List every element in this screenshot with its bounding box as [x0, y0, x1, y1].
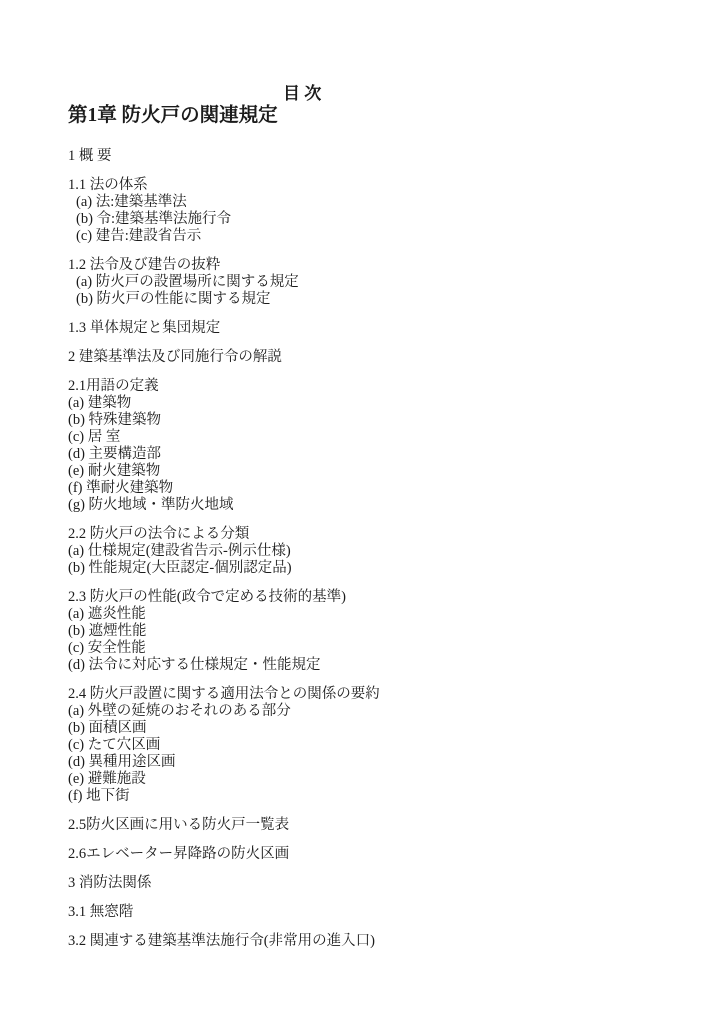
chapter-heading: 第1章 防火戸の関連規定 [68, 104, 670, 127]
toc-section-2-5: 2.5防火区画に用いる防火戸一覧表 [68, 817, 670, 834]
toc-section-heading: 1 概 要 [68, 148, 670, 165]
toc-item: (a) 法:建築基準法 [68, 194, 670, 211]
toc-item: (d) 異種用途区画 [68, 754, 670, 771]
toc-item: (a) 建築物 [68, 395, 670, 412]
toc-item: (b) 遮煙性能 [68, 623, 670, 640]
toc-section-heading: 1.2 法令及び建告の抜粋 [68, 257, 670, 274]
toc-section-heading: 2.5防火区画に用いる防火戸一覧表 [68, 817, 670, 834]
toc-section-1-3: 1.3 単体規定と集団規定 [68, 320, 670, 337]
toc-item: (b) 性能規定(大臣認定-個別認定品) [68, 560, 670, 577]
toc-section-heading: 2.4 防火戸設置に関する適用法令との関係の要約 [68, 686, 670, 703]
toc-item: (c) たて穴区画 [68, 737, 670, 754]
toc-section-2-2: 2.2 防火戸の法令による分類 (a) 仕様規定(建設省告示-例示仕様) (b)… [68, 526, 670, 577]
toc-item: (e) 避難施設 [68, 771, 670, 788]
toc-item: (a) 外壁の延焼のおそれのある部分 [68, 703, 670, 720]
toc-section-heading: 2.2 防火戸の法令による分類 [68, 526, 670, 543]
document-page: 目 次 第1章 防火戸の関連規定 1 概 要 1.1 法の体系 (a) 法:建築… [0, 0, 725, 1024]
toc-section-2-4: 2.4 防火戸設置に関する適用法令との関係の要約 (a) 外壁の延焼のおそれのあ… [68, 686, 670, 805]
toc-section-heading: 3 消防法関係 [68, 875, 670, 892]
toc-section-2: 2 建築基準法及び同施行令の解説 [68, 349, 670, 366]
toc-section-3: 3 消防法関係 [68, 875, 670, 892]
toc-item: (d) 法令に対応する仕様規定・性能規定 [68, 657, 670, 674]
toc-item: (f) 準耐火建築物 [68, 480, 670, 497]
toc-section-1: 1 概 要 [68, 148, 670, 165]
toc-item: (g) 防火地域・準防火地域 [68, 497, 670, 514]
toc-item: (a) 防火戸の設置場所に関する規定 [68, 274, 670, 291]
toc-section-2-6: 2.6エレベーター昇降路の防火区画 [68, 846, 670, 863]
toc-section-2-1: 2.1用語の定義 (a) 建築物 (b) 特殊建築物 (c) 居 室 (d) 主… [68, 378, 670, 514]
table-of-contents: 1 概 要 1.1 法の体系 (a) 法:建築基準法 (b) 令:建築基準法施行… [68, 148, 670, 950]
toc-item: (a) 仕様規定(建設省告示-例示仕様) [68, 543, 670, 560]
toc-item: (b) 令:建築基準法施行令 [68, 211, 670, 228]
toc-section-3-1: 3.1 無窓階 [68, 904, 670, 921]
toc-section-heading: 2.6エレベーター昇降路の防火区画 [68, 846, 670, 863]
page-title: 目 次 [283, 84, 670, 104]
toc-section-heading: 2.3 防火戸の性能(政令で定める技術的基準) [68, 589, 670, 606]
toc-section-heading: 1.1 法の体系 [68, 177, 670, 194]
toc-item: (f) 地下街 [68, 788, 670, 805]
toc-section-heading: 3.2 関連する建築基準法施行令(非常用の進入口) [68, 933, 670, 950]
toc-item: (d) 主要構造部 [68, 446, 670, 463]
page-content: 目 次 第1章 防火戸の関連規定 1 概 要 1.1 法の体系 (a) 法:建築… [68, 84, 670, 950]
toc-item: (e) 耐火建築物 [68, 463, 670, 480]
toc-section-3-2: 3.2 関連する建築基準法施行令(非常用の進入口) [68, 933, 670, 950]
toc-item: (b) 防火戸の性能に関する規定 [68, 291, 670, 308]
toc-section-heading: 3.1 無窓階 [68, 904, 670, 921]
toc-item: (c) 安全性能 [68, 640, 670, 657]
toc-section-1-2: 1.2 法令及び建告の抜粋 (a) 防火戸の設置場所に関する規定 (b) 防火戸… [68, 257, 670, 308]
toc-item: (b) 特殊建築物 [68, 412, 670, 429]
toc-section-2-3: 2.3 防火戸の性能(政令で定める技術的基準) (a) 遮炎性能 (b) 遮煙性… [68, 589, 670, 674]
toc-item: (b) 面積区画 [68, 720, 670, 737]
toc-section-1-1: 1.1 法の体系 (a) 法:建築基準法 (b) 令:建築基準法施行令 (c) … [68, 177, 670, 245]
toc-item: (c) 居 室 [68, 429, 670, 446]
toc-item: (a) 遮炎性能 [68, 606, 670, 623]
toc-item: (c) 建告:建設省告示 [68, 228, 670, 245]
toc-section-heading: 2.1用語の定義 [68, 378, 670, 395]
toc-section-heading: 2 建築基準法及び同施行令の解説 [68, 349, 670, 366]
toc-section-heading: 1.3 単体規定と集団規定 [68, 320, 670, 337]
